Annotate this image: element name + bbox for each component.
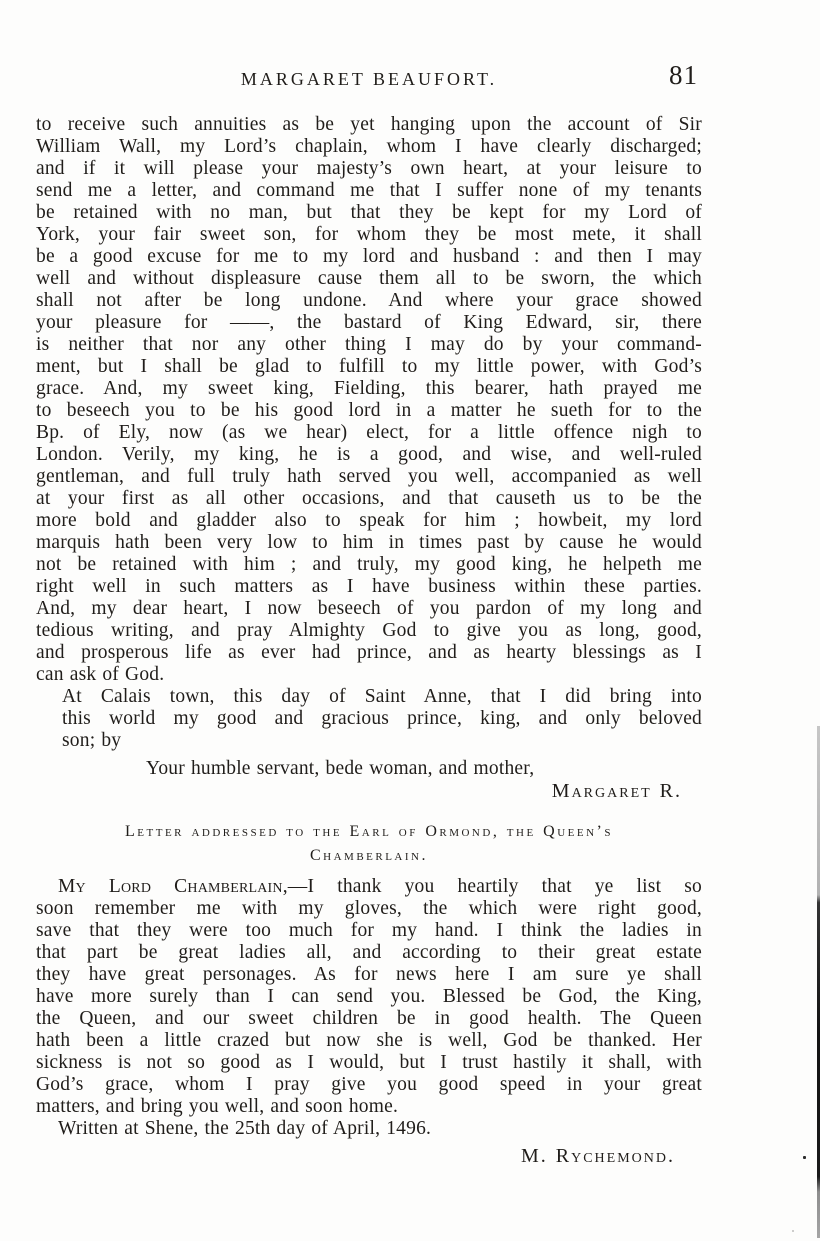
- text-line: At Calais town, this day of Saint Anne, …: [36, 686, 702, 708]
- letter2-opening-rest: —I thank you heartily that ye list so: [288, 876, 702, 897]
- running-head-title: MARGARET BEAUFORT.: [36, 66, 702, 92]
- text-line: marquis hath been very low to him in tim…: [36, 532, 702, 554]
- letter1-signature: Margaret R.: [36, 780, 702, 802]
- text-line: God’s grace, whom I pray give you good s…: [36, 1074, 702, 1096]
- text-line: gentleman, and full truly hath served yo…: [36, 466, 702, 488]
- text-line: matters, and bring you well, and soon ho…: [36, 1096, 702, 1118]
- letter2-dateline: Written at Shene, the 25th day of April,…: [36, 1118, 702, 1140]
- scan-speck: [803, 1156, 806, 1159]
- text-line: this world my good and gracious prince, …: [36, 708, 702, 730]
- text-line: be a good excuse for me to my lord and h…: [36, 246, 702, 268]
- text-line: son; by: [36, 730, 702, 752]
- text-line: be retained with no man, but that they b…: [36, 202, 702, 224]
- text-line: not be retained with him ; and truly, my…: [36, 554, 702, 576]
- text-line: well and without displeasure cause them …: [36, 268, 702, 290]
- text-line: more bold and gladder also to speak for …: [36, 510, 702, 532]
- text-line: And, my dear heart, I now beseech of you…: [36, 598, 702, 620]
- page-header: MARGARET BEAUFORT. 81: [36, 66, 702, 96]
- text-line: to receive such annuities as be yet hang…: [36, 114, 702, 136]
- text-line: tedious writing, and pray Almighty God t…: [36, 620, 702, 642]
- text-line: London. Verily, my king, he is a good, a…: [36, 444, 702, 466]
- letter2-body: My Lord Chamberlain,—I thank you heartil…: [36, 876, 702, 1118]
- section-heading: Letter addressed to the Earl of Ormond, …: [36, 820, 702, 868]
- text-line: grace. And, my sweet king, Fielding, thi…: [36, 378, 702, 400]
- text-line: Bp. of Ely, now (as we hear) elect, for …: [36, 422, 702, 444]
- text-line: save that they were too much for my hand…: [36, 920, 702, 942]
- section-heading-line1: Letter addressed to the Earl of Ormond, …: [36, 820, 702, 844]
- letter1-paragraph2: At Calais town, this day of Saint Anne, …: [36, 686, 702, 752]
- section-heading-line2: Chamberlain.: [36, 844, 702, 868]
- text-line: is neither that nor any other thing I ma…: [36, 334, 702, 356]
- text-line: right well in such matters as I have bus…: [36, 576, 702, 598]
- letter2-opening-line: My Lord Chamberlain,—I thank you heartil…: [36, 876, 702, 898]
- text-line: and if it will please your majesty’s own…: [36, 158, 702, 180]
- text-line: to beseech you to be his good lord in a …: [36, 400, 702, 422]
- letter1-body: to receive such annuities as be yet hang…: [36, 114, 702, 686]
- page-body: to receive such annuities as be yet hang…: [36, 114, 702, 1167]
- text-line: and prosperous life as ever had prince, …: [36, 642, 702, 664]
- text-line: can ask of God.: [36, 664, 702, 686]
- text-line: hath been a little crazed but now she is…: [36, 1030, 702, 1052]
- text-line: shall not after be long undone. And wher…: [36, 290, 702, 312]
- book-page: MARGARET BEAUFORT. 81 to receive such an…: [0, 0, 820, 1241]
- letter2-signature: M. Rychemond.: [36, 1145, 702, 1167]
- letter2-lines: soon remember me with my gloves, the whi…: [36, 898, 702, 1118]
- scan-speck: [792, 1230, 794, 1232]
- letter2-salutation: My Lord Chamberlain,: [58, 876, 288, 897]
- page-number: 81: [669, 60, 698, 91]
- text-line: soon remember me with my gloves, the whi…: [36, 898, 702, 920]
- text-line: sickness is not so good as I would, but …: [36, 1052, 702, 1074]
- text-line: York, your fair sweet son, for whom they…: [36, 224, 702, 246]
- text-line: they have great personages. As for news …: [36, 964, 702, 986]
- text-line: your pleasure for ——, the bastard of Kin…: [36, 312, 702, 334]
- text-line: at your first as all other occasions, an…: [36, 488, 702, 510]
- text-line: ment, but I shall be glad to fulfill to …: [36, 356, 702, 378]
- text-line: William Wall, my Lord’s chaplain, whom I…: [36, 136, 702, 158]
- text-line: the Queen, and our sweet children be in …: [36, 1008, 702, 1030]
- text-line: have more surely than I can send you. Bl…: [36, 986, 702, 1008]
- letter1-valediction: Your humble servant, bede woman, and mot…: [36, 758, 702, 780]
- text-line: that part be great ladies all, and accor…: [36, 942, 702, 964]
- text-line: send me a letter, and command me that I …: [36, 180, 702, 202]
